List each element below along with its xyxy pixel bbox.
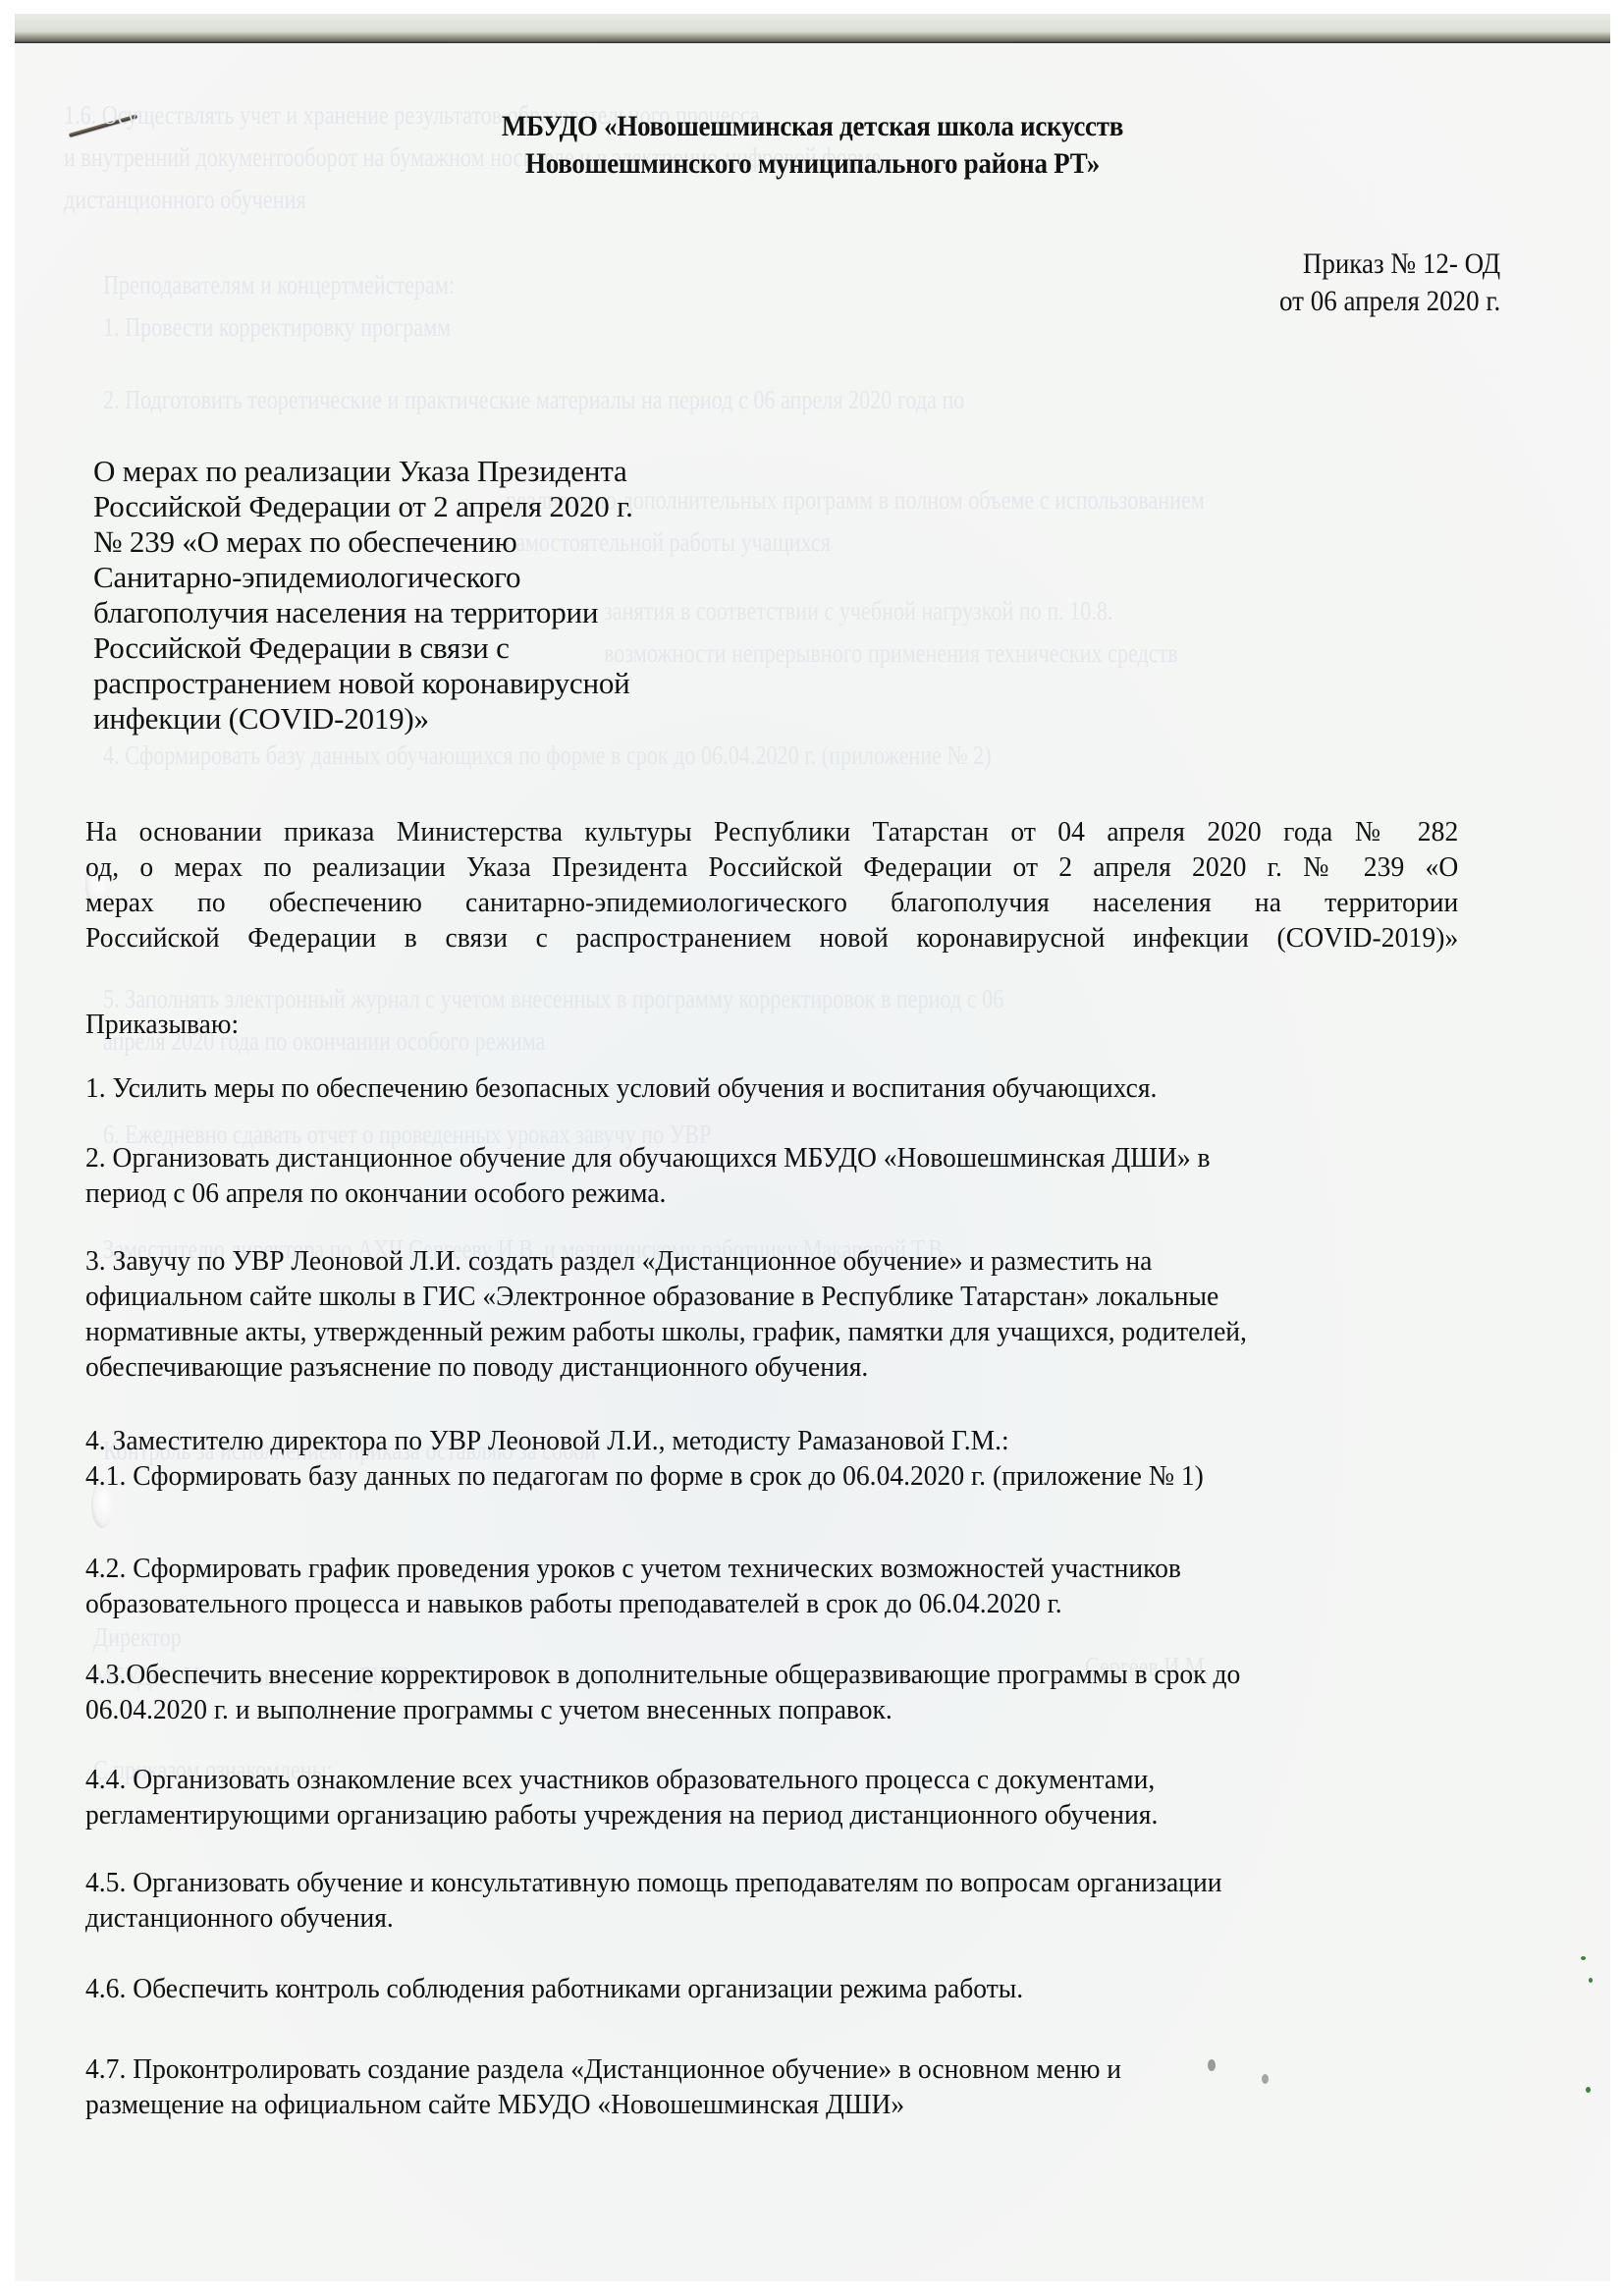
order-date: от 06 апреля 2020 г. [1279,283,1500,320]
scanner-edge [15,14,1610,43]
item-line: 4.2. Сформировать график проведения урок… [85,1551,1457,1586]
subject-line: О мерах по реализации Указа Президента [93,454,633,489]
subject-line: Российской Федерации в связи с [93,630,633,666]
item-line: 4.1. Сформировать базу данных по педагог… [85,1458,1457,1494]
scanned-document-page: 1.6. Осуществлять учет и хранение резуль… [15,43,1610,2281]
bleed-line: 1. Провести корректировку программ [103,314,451,341]
bleed-line: 4. Сформировать базу данных обучающихся … [103,742,992,769]
order-item-4-5: 4.5. Организовать обучение и консультати… [85,1865,1457,1936]
item-line: образовательного процесса и навыков рабо… [85,1586,1457,1621]
item-line: 4.7. Проконтролировать создание раздела … [85,2051,1457,2087]
order-info: Приказ № 12- ОД от 06 апреля 2020 г. [1255,246,1500,320]
subject-line: распространением новой коронавирусной [93,666,633,701]
scan-speck [1262,2074,1269,2084]
subject-line: Российской Федерации от 2 апреля 2020 г. [93,489,633,524]
order-word-text: Приказываю: [85,1007,1457,1042]
scan-speck [1208,2059,1216,2071]
subject-line: № 239 «О мерах по обеспечению [93,524,633,560]
preamble-line: од, о мерах по реализации Указа Президен… [85,849,1458,885]
scan-speck [1589,1978,1593,1983]
order-item-4-3: 4.3.Обеспечить внесение корректировок в … [85,1657,1457,1727]
item-line: 4. Заместителю директора по УВР Леоновой… [85,1423,1457,1458]
subject-line: инфекции (COVID-2019)» [93,701,633,737]
subject-line: благополучия населения на территории [93,595,633,630]
bleed-line: дистанционного обучения [64,187,306,213]
order-subject: О мерах по реализации Указа Президента Р… [93,454,633,737]
item-line: нормативные акты, утвержденный режим раб… [85,1314,1457,1349]
preamble-line: Российской Федерации в связи с распростр… [85,920,1458,956]
item-line: размещение на официальном сайте МБУДО «Н… [85,2087,1457,2122]
bleed-line: 2. Подготовить теоретические и практичес… [103,387,964,413]
item-line: регламентирующими организацию работы учр… [85,1797,1457,1832]
order-item-4-6: 4.6. Обеспечить контроль соблюдения рабо… [85,1971,1457,2006]
bleed-line: Директор [93,1624,182,1651]
organization-name-line-1: МБУДО «Новошешминская детская школа иску… [94,108,1531,145]
order-item-4-2: 4.2. Сформировать график проведения урок… [85,1551,1457,1621]
preamble-line: На основании приказа Министерства культу… [85,814,1458,849]
scan-speck [1586,2087,1591,2093]
item-line: 4.3.Обеспечить внесение корректировок в … [85,1657,1457,1692]
organization-header: МБУДО «Новошешминская детская школа иску… [15,108,1610,183]
order-item-4-7: 4.7. Проконтролировать создание раздела … [85,2051,1457,2122]
bleed-line: занятия в соответствии с учебной нагрузк… [604,598,1113,625]
order-item-3: 3. Завучу по УВР Леоновой Л.И. создать р… [85,1243,1457,1385]
order-item-1: 1. Усилить меры по обеспечению безопасны… [85,1070,1457,1106]
subject-line: Санитарно-эпидемиологического [93,560,633,595]
item-line: 4.4. Организовать ознакомление всех учас… [85,1762,1457,1797]
item-line: 4.5. Организовать обучение и консультати… [85,1865,1457,1900]
preamble-paragraph: На основании приказа Министерства культу… [85,814,1458,956]
bleed-line: Преподавателям и концертмейстерам: [103,272,455,299]
order-item-4-4: 4.4. Организовать ознакомление всех учас… [85,1762,1457,1832]
item-line: 2. Организовать дистанционное обучение д… [85,1140,1457,1175]
item-line: 4.6. Обеспечить контроль соблюдения рабо… [85,1971,1457,2006]
item-line: 06.04.2020 г. и выполнение программы с у… [85,1692,1457,1727]
item-line: обеспечивающие разъяснение по поводу дис… [85,1349,1457,1385]
order-number: Приказ № 12- ОД [1279,246,1500,283]
item-line: 3. Завучу по УВР Леоновой Л.И. создать р… [85,1243,1457,1279]
preamble-line: мерах по обеспечению санитарно-эпидемиол… [85,885,1458,920]
item-line: дистанционного обучения. [85,1900,1457,1936]
order-item-4: 4. Заместителю директора по УВР Леоновой… [85,1423,1457,1494]
scan-speck [1581,1956,1586,1960]
item-line: 1. Усилить меры по обеспечению безопасны… [85,1070,1457,1106]
bleed-line: возможности непрерывного применения техн… [604,640,1178,667]
item-line: официальном сайте школы в ГИС «Электронн… [85,1279,1457,1314]
order-item-2: 2. Организовать дистанционное обучение д… [85,1140,1457,1211]
organization-name-line-2: Новошешминского муниципального района РТ… [94,145,1531,183]
item-line: период с 06 апреля по окончании особого … [85,1175,1457,1211]
order-word: Приказываю: [85,1007,1457,1042]
